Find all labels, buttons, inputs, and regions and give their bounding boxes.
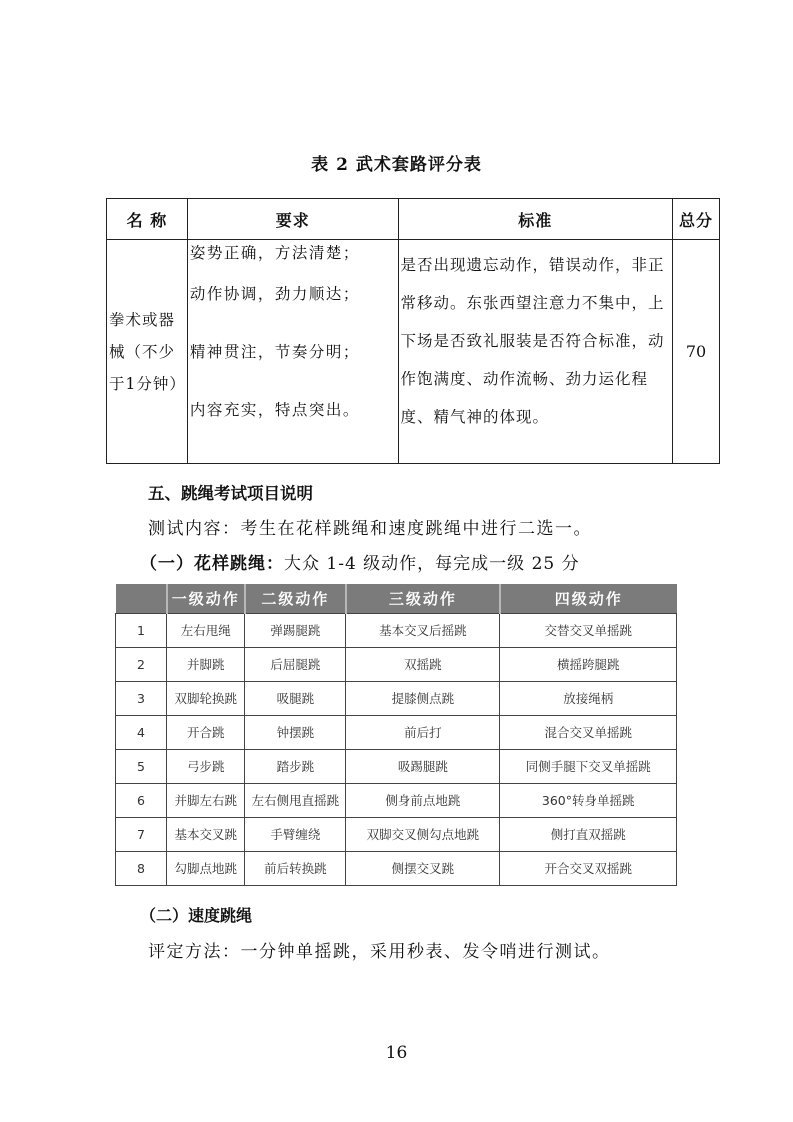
table-header-row: 名 称 要求 标准 总分 xyxy=(107,199,720,240)
header-total: 总分 xyxy=(673,199,720,240)
level-4-move: 混合交叉单摇跳 xyxy=(500,716,677,750)
subsection-text: 大众 1-4 级动作，每完成一级 25 分 xyxy=(284,554,580,574)
header-level-3: 三级动作 xyxy=(346,584,500,614)
row-index: 1 xyxy=(116,614,167,648)
level-3-move: 侧身前点地跳 xyxy=(346,784,500,818)
row-index: 8 xyxy=(116,852,167,886)
level-2-move: 踏步跳 xyxy=(245,750,346,784)
item-name-line: 于1分钟） xyxy=(109,368,187,400)
level-4-move: 侧打直双摇跳 xyxy=(500,818,677,852)
table-row: 2 并脚跳 后屈腿跳 双摇跳 横摇跨腿跳 xyxy=(116,648,677,682)
header-requirement: 要求 xyxy=(187,199,398,240)
level-1-move: 弓步跳 xyxy=(167,750,245,784)
level-1-move: 左右甩绳 xyxy=(167,614,245,648)
level-2-move: 左右侧甩直摇跳 xyxy=(245,784,346,818)
requirement-line: 内容充实，特点突出。 xyxy=(188,390,398,448)
table-row: 拳术或器 械（不少 于1分钟） 姿势正确，方法清楚； 动作协调，劲力顺达； 精神… xyxy=(107,240,720,464)
level-4-move: 开合交叉双摇跳 xyxy=(500,852,677,886)
level-4-move: 360°转身单摇跳 xyxy=(500,784,677,818)
requirement-cell: 姿势正确，方法清楚； 动作协调，劲力顺达； 精神贯注，节奏分明； 内容充实，特点… xyxy=(187,240,398,464)
level-3-move: 提膝侧点跳 xyxy=(346,682,500,716)
level-4-move: 交替交叉单摇跳 xyxy=(500,614,677,648)
section-title: 五、跳绳考试项目说明 xyxy=(148,480,313,504)
requirement-line: 精神贯注，节奏分明； xyxy=(188,332,398,390)
row-index: 2 xyxy=(116,648,167,682)
item-name-line: 械（不少 xyxy=(109,336,187,368)
item-name-cell: 拳术或器 械（不少 于1分钟） xyxy=(107,240,188,464)
table-row: 5 弓步跳 踏步跳 吸踢腿跳 同侧手腿下交叉单摇跳 xyxy=(116,750,677,784)
row-index: 5 xyxy=(116,750,167,784)
requirement-line: 姿势正确，方法清楚； xyxy=(188,240,398,274)
total-score-cell: 70 xyxy=(673,240,720,464)
level-1-move: 并脚左右跳 xyxy=(167,784,245,818)
level-1-move: 基本交叉跳 xyxy=(167,818,245,852)
table-caption: 表 2 武术套路评分表 xyxy=(0,150,793,175)
table-row: 8 勾脚点地跳 前后转换跳 侧摆交叉跳 开合交叉双摇跳 xyxy=(116,852,677,886)
header-index xyxy=(116,584,167,614)
level-2-move: 吸腿跳 xyxy=(245,682,346,716)
requirement-line: 动作协调，劲力顺达； xyxy=(188,274,398,332)
table-header-row: 一级动作 二级动作 三级动作 四级动作 xyxy=(116,584,677,614)
level-1-move: 开合跳 xyxy=(167,716,245,750)
header-level-4: 四级动作 xyxy=(500,584,677,614)
level-4-move: 横摇跨腿跳 xyxy=(500,648,677,682)
header-name: 名 称 xyxy=(107,199,188,240)
level-2-move: 手臂缠绕 xyxy=(245,818,346,852)
level-2-move: 钟摆跳 xyxy=(245,716,346,750)
level-1-move: 勾脚点地跳 xyxy=(167,852,245,886)
table-row: 3 双脚轮换跳 吸腿跳 提膝侧点跳 放接绳柄 xyxy=(116,682,677,716)
header-level-2: 二级动作 xyxy=(245,584,346,614)
level-3-move: 双摇跳 xyxy=(346,648,500,682)
header-standard: 标准 xyxy=(398,199,673,240)
item-name-line: 拳术或器 xyxy=(109,304,187,336)
header-level-1: 一级动作 xyxy=(167,584,245,614)
subsection-label: （一）花样跳绳： xyxy=(140,554,284,574)
row-index: 4 xyxy=(116,716,167,750)
level-3-move: 侧摆交叉跳 xyxy=(346,852,500,886)
subsection-speed-rope: （二）速度跳绳 xyxy=(140,903,252,926)
row-index: 3 xyxy=(116,682,167,716)
level-1-move: 并脚跳 xyxy=(167,648,245,682)
fancy-rope-levels-table: 一级动作 二级动作 三级动作 四级动作 1 左右甩绳 弹踢腿跳 基本交叉后摇跳 … xyxy=(115,584,677,886)
page-number: 16 xyxy=(0,1043,793,1063)
level-3-move: 基本交叉后摇跳 xyxy=(346,614,500,648)
table-row: 6 并脚左右跳 左右侧甩直摇跳 侧身前点地跳 360°转身单摇跳 xyxy=(116,784,677,818)
standard-cell: 是否出现遗忘动作，错误动作，非正常移动。东张西望注意力不集中，上下场是否致礼服装… xyxy=(398,240,673,464)
row-index: 6 xyxy=(116,784,167,818)
test-content-text: 测试内容：考生在花样跳绳和速度跳绳中进行二选一。 xyxy=(148,514,592,539)
level-3-move: 前后打 xyxy=(346,716,500,750)
level-3-move: 吸踢腿跳 xyxy=(346,750,500,784)
level-4-move: 放接绳柄 xyxy=(500,682,677,716)
table-row: 7 基本交叉跳 手臂缠绕 双脚交叉侧勾点地跳 侧打直双摇跳 xyxy=(116,818,677,852)
method-text: 评定方法：一分钟单摇跳，采用秒表、发令哨进行测试。 xyxy=(148,937,611,962)
table-row: 4 开合跳 钟摆跳 前后打 混合交叉单摇跳 xyxy=(116,716,677,750)
row-index: 7 xyxy=(116,818,167,852)
table-row: 1 左右甩绳 弹踢腿跳 基本交叉后摇跳 交替交叉单摇跳 xyxy=(116,614,677,648)
subsection-fancy-rope: （一）花样跳绳：大众 1-4 级动作，每完成一级 25 分 xyxy=(140,549,580,574)
level-2-move: 弹踢腿跳 xyxy=(245,614,346,648)
level-2-move: 前后转换跳 xyxy=(245,852,346,886)
level-1-move: 双脚轮换跳 xyxy=(167,682,245,716)
level-2-move: 后屈腿跳 xyxy=(245,648,346,682)
level-4-move: 同侧手腿下交叉单摇跳 xyxy=(500,750,677,784)
level-3-move: 双脚交叉侧勾点地跳 xyxy=(346,818,500,852)
wushu-scoring-table: 名 称 要求 标准 总分 拳术或器 械（不少 于1分钟） 姿势正确，方法清楚； … xyxy=(106,198,720,464)
